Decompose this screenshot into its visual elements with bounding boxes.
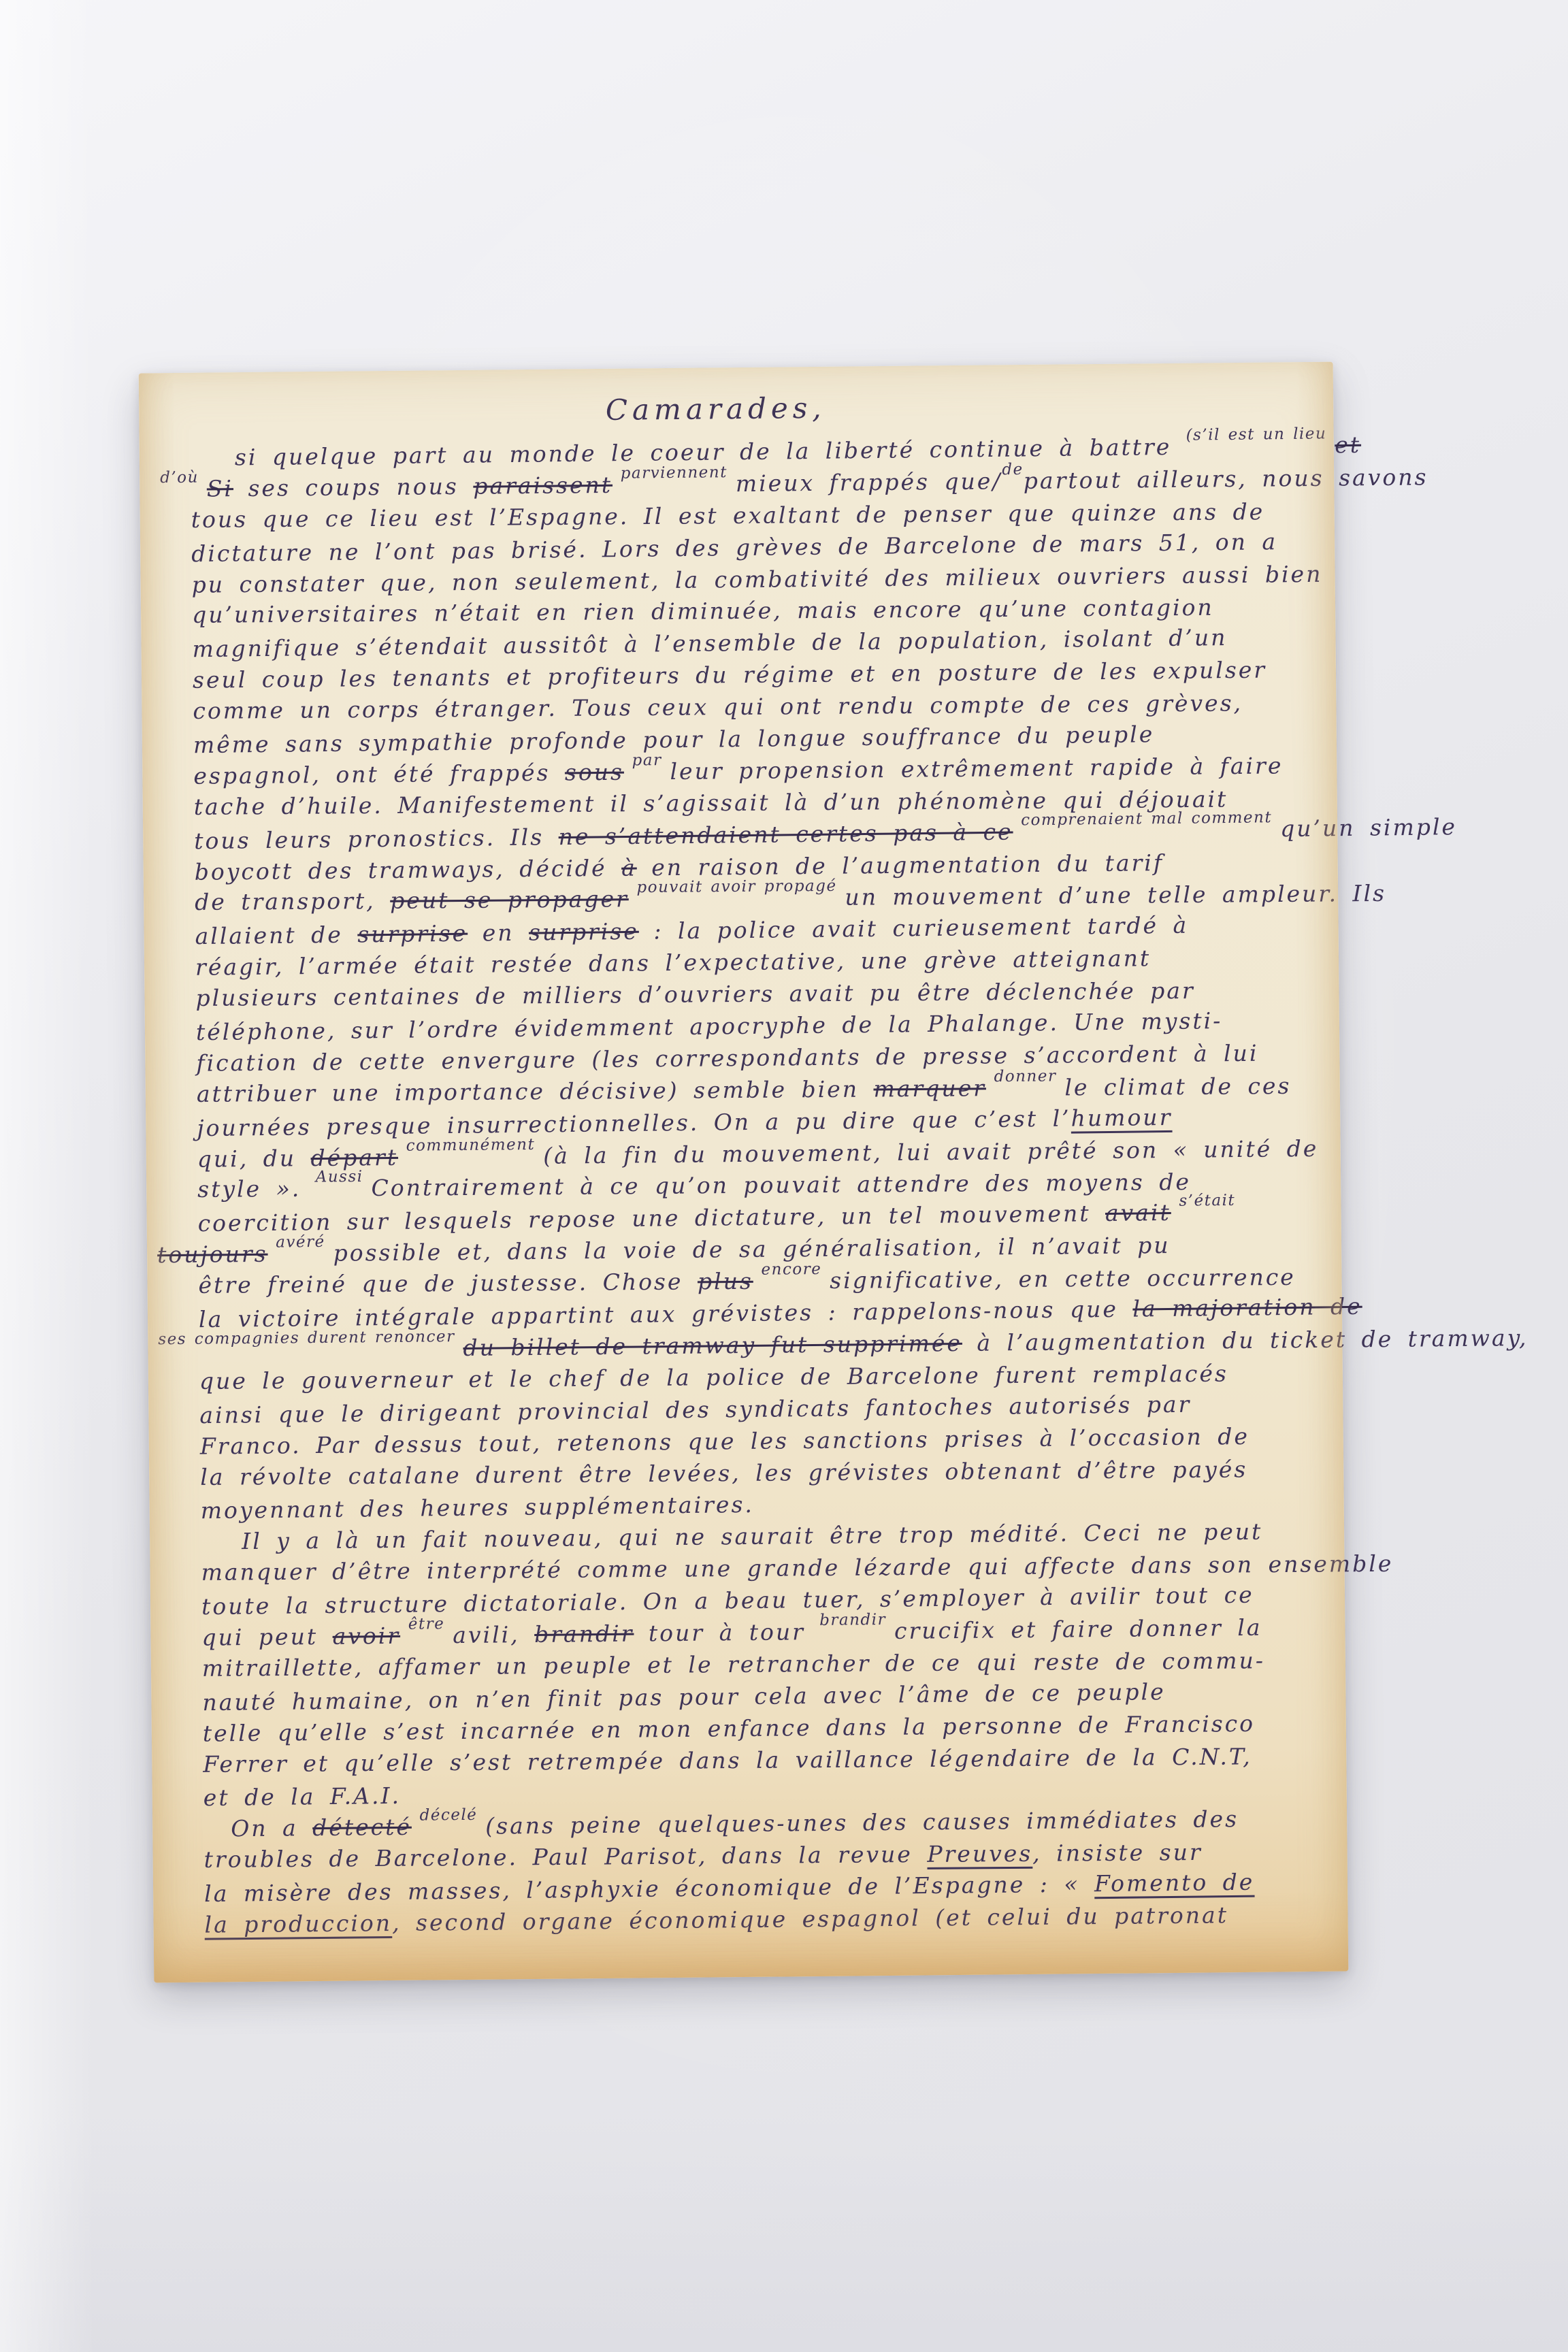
handwritten-text: espagnol, ont été frappés [193,759,565,789]
handwritten-text: la misère des masses, l’asphyxie économi… [204,1870,1094,1907]
struck-text: brandir [534,1620,634,1648]
handwritten-text: attribuer une importance décisive) sembl… [197,1075,874,1107]
interline-insertion: parviennent [612,465,736,482]
handwritten-text: (sans peine quelques-unes des causes imm… [485,1806,1239,1840]
interline-insertion: avéré [267,1235,333,1251]
interline-insertion: par [624,753,670,769]
handwritten-text: ses coups nous [233,473,474,502]
interline-insertion: de [1002,462,1024,478]
handwritten-text: crucifix et faire donner la [894,1614,1262,1644]
handwritten-text: avili, [453,1621,534,1648]
handwritten-text: la révolte catalane durent être levées, … [200,1456,1247,1490]
handwritten-text: le climat de ces [1064,1073,1291,1100]
handwritten-text: coercition sur lesquels repose une dicta… [197,1200,1105,1237]
handwritten-text: tous que ce lieu est l’Espagne. Il est e… [191,498,1265,533]
struck-text: sous [565,759,624,786]
handwritten-text: leur propension extrêmement rapide à fai… [670,752,1283,785]
interline-insertion: Aussi [316,1170,372,1186]
handwritten-text: troubles de Barcelone. Paul Parisot, dan… [204,1841,928,1873]
handwritten-text: comme un corps étranger. Tous ceux qui o… [193,690,1243,725]
interline-insertion: être [400,1616,453,1633]
manuscript-page: Camarades, si quelque part au monde le c… [139,362,1349,1983]
struck-text: surprise [357,920,468,948]
struck-text: la majoration [1132,1294,1316,1322]
interline-insertion: brandir [819,1612,894,1629]
handwritten-text: en [468,919,529,947]
handwritten-text: mitraillette, affamer un peuple et le re… [202,1647,1265,1682]
struck-text: à [621,854,637,881]
handwritten-text: qui peut [201,1623,332,1651]
interline-insertion: décelé [412,1808,486,1824]
photo-background: { "photo": { "background_color": "#e9e9e… [0,0,1568,2352]
interline-insertion: pouvait avoir propagé [629,879,845,896]
handwritten-text: On a [231,1814,312,1842]
handwritten-text: Contrairement à ce qu’on pouvait attendr… [371,1169,1191,1201]
handwritten-text: à l’augmentation du ticket de tramway, [962,1324,1529,1356]
handwritten-text: significative, en cette occurrence [830,1264,1296,1294]
interline-insertion: (s’il est un lieu [1186,426,1335,443]
handwritten-text: style ». [197,1175,316,1203]
handwritten-text: en raison de l’augmentation du tarif [637,849,1164,881]
struck-text: détecté [312,1814,412,1841]
struck-text: avoir [332,1622,400,1650]
struck-text: marquer [873,1075,986,1102]
handwritten-text: tous leurs pronostics. Ils [194,823,559,854]
underlined-text: humour [1071,1104,1172,1132]
manuscript-lines: si quelque part au monde le coeur de la … [140,431,1348,1943]
struck-text: surprise [529,918,639,946]
handwritten-text: boycott des tramways, décidé [195,854,622,885]
handwritten-text: que le gouverneur et le chef de la polic… [199,1360,1228,1394]
handwritten-text: partout ailleurs, nous savons [1024,463,1428,494]
struck-text: peut se propager [390,886,629,915]
interline-insertion: encore [753,1262,830,1278]
interline-insertion: communément [398,1137,543,1154]
underlined-text: Fomento de [1094,1869,1255,1897]
underlined-text: Preuves [927,1840,1032,1867]
struck-text: Si [207,475,234,502]
interline-insertion: comprenaient mal comment [1013,810,1280,828]
handwritten-text: de transport, [195,887,390,915]
handwritten-text: allaient de [195,921,357,950]
handwritten-text: qu’universitaires n’était en rien diminu… [192,594,1214,628]
salutation: Camarades, [118,387,1313,431]
handwritten-text: être freiné que de justesse. Chose [198,1269,698,1299]
handwritten-text: Ferrer et qu’elle s’est retrempée dans l… [203,1743,1252,1778]
handwritten-text: , insiste sur [1032,1839,1203,1867]
struck-text: du billet de tramway fut supprimée [463,1330,962,1361]
handwritten-text: tour à tour [634,1618,819,1647]
interline-insertion: donner [986,1068,1065,1085]
handwritten-text: un mouvement d’une telle ampleur. Ils [845,880,1386,911]
struck-text: départ [310,1143,398,1171]
handwritten-text: : la police avait curieusement tardé à [639,912,1189,945]
struck-text: toujours [157,1241,268,1269]
handwritten-text: qui, du [197,1145,311,1173]
underlined-text: la produccion [204,1910,392,1938]
handwritten-text: plusieurs centaines de milliers d’ouvrie… [195,977,1195,1011]
struck-text: avait [1105,1199,1171,1226]
interline-insertion: ses compagnies durent renoncer [158,1329,463,1347]
struck-text: paraissent [473,472,612,500]
struck-text: de [1316,1293,1362,1320]
struck-text: et [1335,431,1361,458]
handwritten-text: qu’un simple [1280,813,1457,842]
struck-text: ne s’attendaient certes pas à ce [558,818,1013,850]
struck-text: plus [698,1268,753,1295]
interline-insertion: d’où [160,470,207,486]
interline-insertion: s’était [1171,1193,1235,1209]
handwritten-text: moyennant des heures supplémentaires. [201,1491,755,1524]
handwritten-text: mieux frappés que/ [736,468,1002,497]
handwritten-text: et de la F.A.I. [203,1782,402,1811]
